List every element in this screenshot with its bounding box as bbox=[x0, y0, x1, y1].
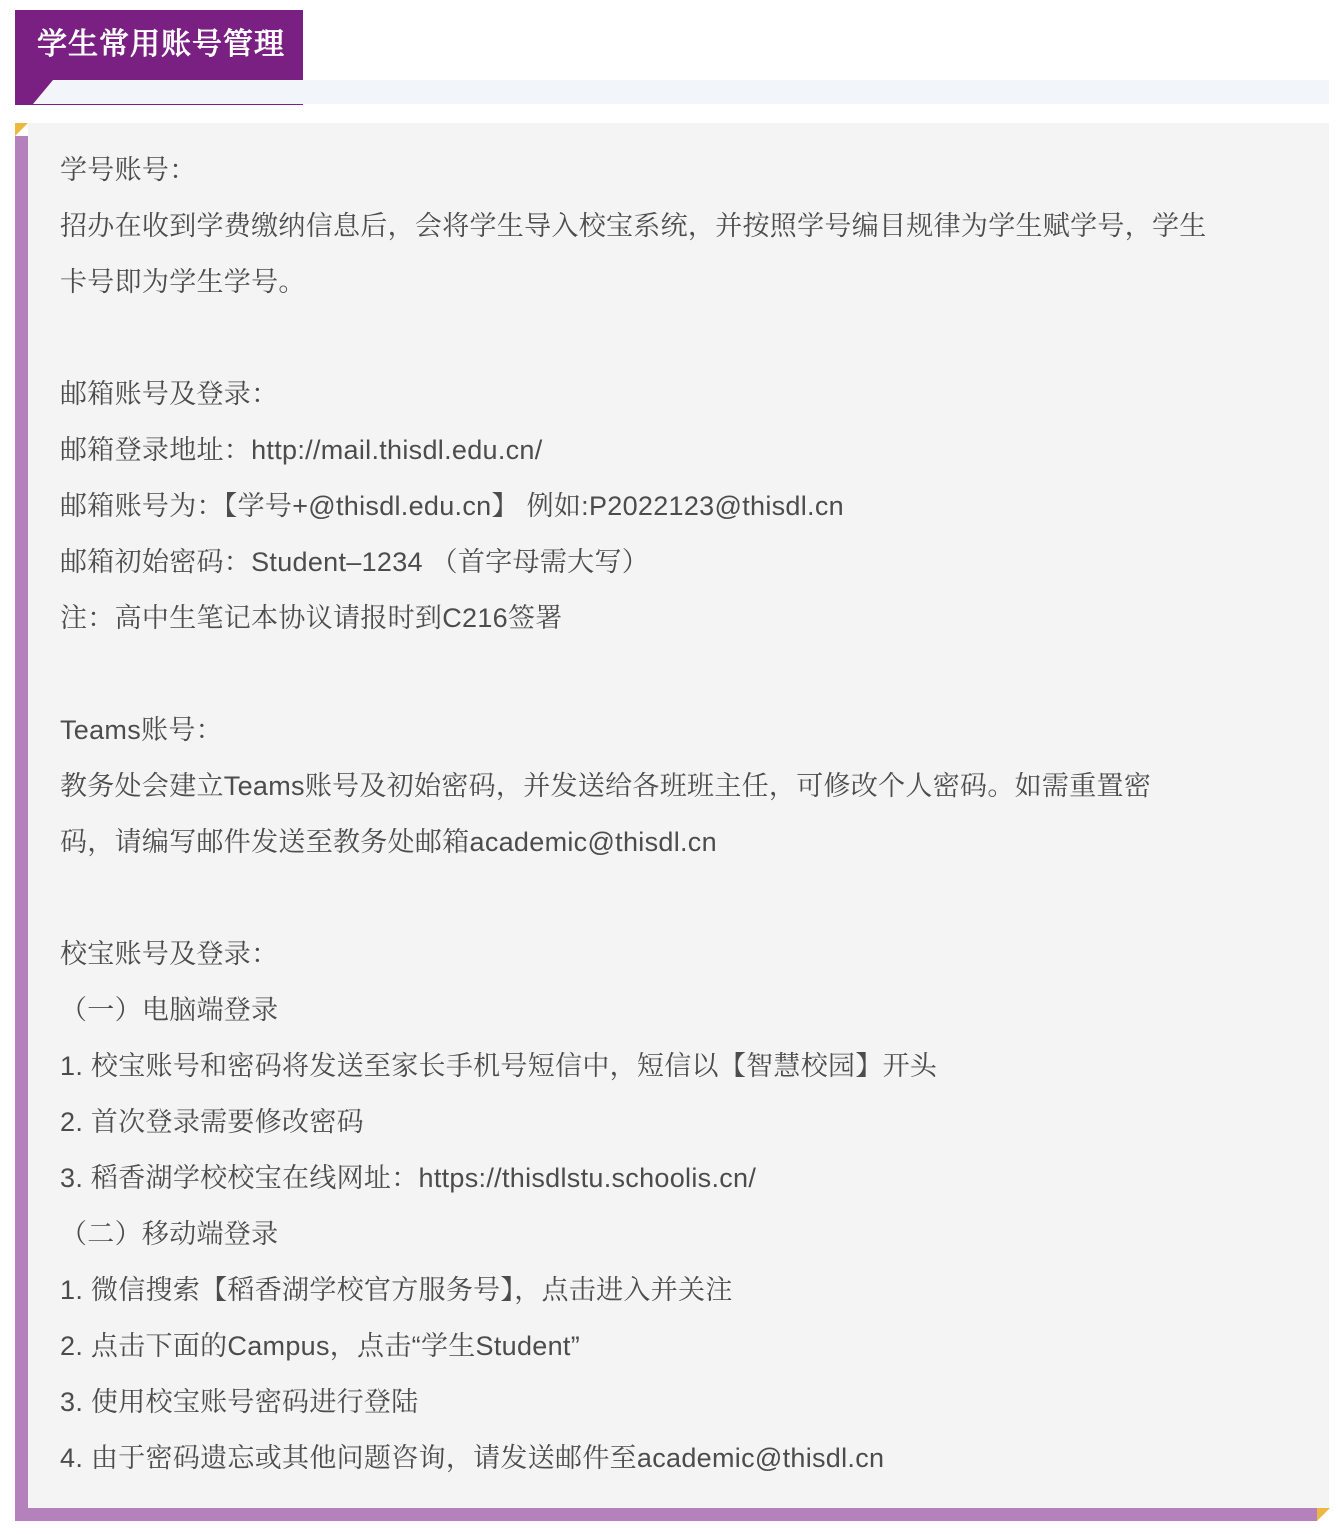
page: 学生常用账号管理 学号账号： 招办在收到学费缴纳信息后，会将学生导入校宝系统，并… bbox=[0, 0, 1340, 1534]
text-line-step: 2. 首次登录需要修改密码 bbox=[60, 1094, 1299, 1150]
text-line-email-heading: 邮箱账号及登录： bbox=[60, 366, 1299, 422]
text-line-pc-login-subheading: （一）电脑端登录 bbox=[60, 982, 1299, 1038]
content-card: 学号账号： 招办在收到学费缴纳信息后，会将学生导入校宝系统，并按照学号编目规律为… bbox=[28, 123, 1329, 1508]
text-line-xiaobao-heading: 校宝账号及登录： bbox=[60, 926, 1299, 982]
header-band bbox=[15, 80, 1329, 104]
text-line: 码，请编写邮件发送至教务处邮箱academic@thisdl.cn bbox=[60, 814, 1299, 870]
text-line-email-password: 邮箱初始密码：Student–1234 （首字母需大写） bbox=[60, 534, 1299, 590]
text-line-step: 1. 微信搜索【稻香湖学校官方服务号】，点击进入并关注 bbox=[60, 1262, 1299, 1318]
corner-fold-bottom-right bbox=[1317, 1508, 1330, 1521]
text-line-student-id-heading: 学号账号： bbox=[60, 142, 1299, 198]
blank-line bbox=[60, 646, 1299, 702]
text-line: 招办在收到学费缴纳信息后，会将学生导入校宝系统，并按照学号编目规律为学生赋学号，… bbox=[60, 198, 1299, 254]
left-accent-strip bbox=[15, 136, 28, 1521]
text-line-step: 1. 校宝账号和密码将发送至家长手机号短信中，短信以【智慧校园】开头 bbox=[60, 1038, 1299, 1094]
text-line-email-url: 邮箱登录地址：http://mail.thisdl.edu.cn/ bbox=[60, 422, 1299, 478]
bottom-accent-strip bbox=[15, 1508, 1317, 1521]
text-line-teams-heading: Teams账号： bbox=[60, 702, 1299, 758]
text-line: 卡号即为学生学号。 bbox=[60, 254, 1299, 310]
text-line: 教务处会建立Teams账号及初始密码，并发送给各班班主任，可修改个人密码。如需重… bbox=[60, 758, 1299, 814]
blank-line bbox=[60, 870, 1299, 926]
text-line-step: 3. 使用校宝账号密码进行登陆 bbox=[60, 1374, 1299, 1430]
corner-fold-top-left bbox=[15, 123, 28, 136]
text-line-mobile-login-subheading: （二）移动端登录 bbox=[60, 1206, 1299, 1262]
text-line-step: 4. 由于密码遗忘或其他问题咨询，请发送邮件至academic@thisdl.c… bbox=[60, 1430, 1299, 1486]
text-line-step: 2. 点击下面的Campus，点击“学生Student” bbox=[60, 1318, 1299, 1374]
text-line-email-account: 邮箱账号为：【学号+@thisdl.edu.cn】 例如:P2022123@th… bbox=[60, 478, 1299, 534]
text-line-note: 注：高中生笔记本协议请报时到C216签署 bbox=[60, 590, 1299, 646]
blank-line bbox=[60, 310, 1299, 366]
text-line-step-url: 3. 稻香湖学校校宝在线网址：https://thisdlstu.schooli… bbox=[60, 1150, 1299, 1206]
page-title: 学生常用账号管理 bbox=[15, 10, 303, 80]
